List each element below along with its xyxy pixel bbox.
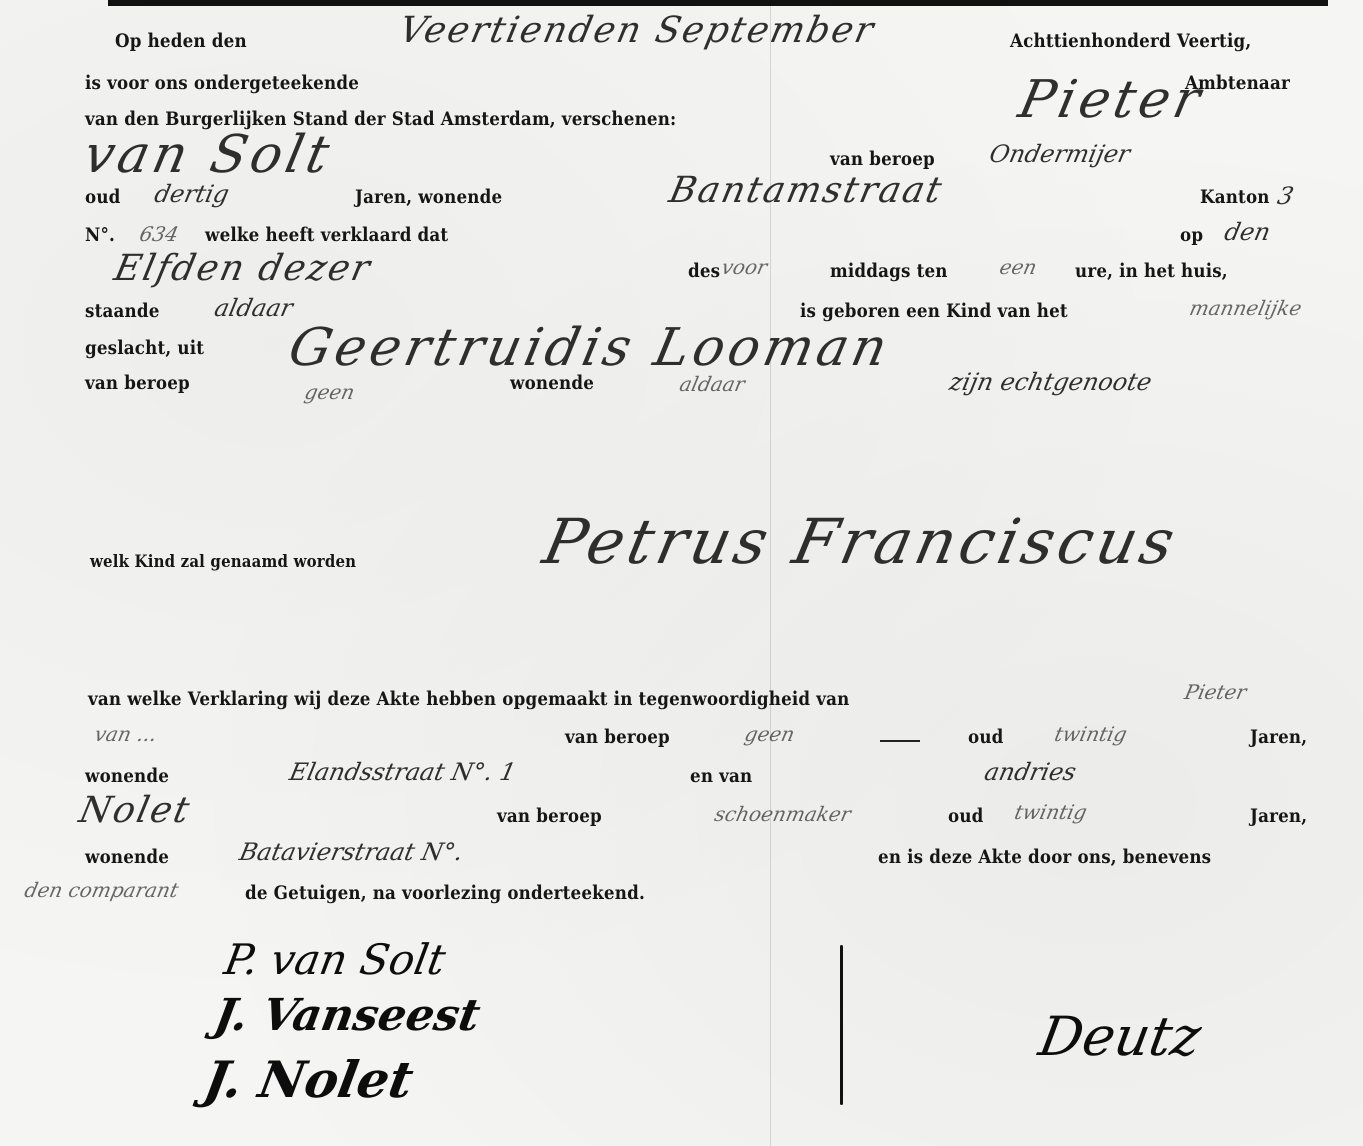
printed-op: op [1180, 224, 1203, 246]
hand-witness2-first: Nolet [76, 790, 195, 831]
hand-house-number: 634 [137, 222, 180, 246]
printed-oud-3: oud [948, 805, 984, 827]
printed-wonende-3: wonende [85, 846, 169, 868]
hand-day-ref: den [1222, 218, 1273, 246]
printed-year: Achttienhonderd Veertig, [1010, 30, 1251, 52]
hand-declarant-age: dertig [152, 180, 232, 208]
printed-staande: staande [85, 300, 160, 322]
hand-canton: 3 [1275, 182, 1296, 210]
hand-time-of-day: voor [719, 255, 769, 279]
printed-van-beroep-3: van beroep [565, 726, 670, 748]
hand-witness1-occupation: geen [742, 722, 796, 746]
printed-van-beroep-4: van beroep [497, 805, 602, 827]
printed-des: des [688, 260, 720, 282]
hand-witness2-address: Batavierstraat N°. [237, 838, 466, 866]
top-border-rule [108, 0, 1328, 6]
hand-declarant-last: van Solt [79, 125, 339, 185]
hand-witness1-address: Elandsstraat N°. 1 [287, 758, 518, 786]
printed-jaren-3: Jaren, [1250, 805, 1307, 827]
printed-akte-door-ons: en is deze Akte door ons, benevens [878, 846, 1211, 868]
signature-witness2: J. Nolet [200, 1050, 418, 1109]
printed-ondergeteekende: is voor ons ondergeteekende [85, 72, 359, 94]
civil-record-page: Op heden den Veertienden September Achtt… [0, 0, 1363, 1146]
hand-house-ref: aldaar [212, 294, 295, 322]
hand-sex: mannelijke [1187, 296, 1304, 320]
printed-op-heden-den: Op heden den [115, 30, 247, 52]
signature-official: Deutz [1034, 1005, 1205, 1068]
printed-verklaard-dat: welke heeft verklaard dat [205, 224, 448, 246]
hand-comparant-note: den comparant [22, 878, 180, 902]
signature-declarant: P. van Solt [221, 935, 450, 984]
printed-van-beroep-1: van beroep [830, 148, 935, 170]
hand-declarant-address: Bantamstraat [666, 170, 947, 211]
printed-wonende-1: wonende [510, 372, 594, 394]
printed-oud-2: oud [968, 726, 1004, 748]
hand-witness1-first: Pieter [1182, 680, 1248, 704]
printed-van-beroep-2: van beroep [85, 372, 190, 394]
printed-middags-ten: middags ten [830, 260, 948, 282]
hand-hour: een [997, 255, 1039, 279]
hand-mother-name: Geertruidis Looman [284, 318, 897, 378]
printed-en-van: en van [690, 765, 752, 787]
printed-tegenwoordigheid: van welke Verklaring wij deze Akte hebbe… [88, 688, 850, 710]
hand-witness2-prefix: andries [982, 758, 1079, 786]
printed-onderteekend: de Getuigen, na voorlezing onderteekend. [245, 882, 645, 904]
printed-kanton: Kanton [1200, 186, 1270, 208]
printed-genaamd-worden: welk Kind zal genaamd worden [90, 552, 356, 572]
hand-mother-residence: aldaar [677, 372, 747, 396]
hand-date: Veertienden September [396, 10, 879, 51]
printed-jaren-wonende: Jaren, wonende [355, 186, 502, 208]
blank-dash [880, 740, 920, 742]
printed-wonende-2: wonende [85, 765, 169, 787]
hand-witness2-occupation: schoenmaker [712, 802, 853, 826]
printed-ure-huis: ure, in het huis, [1075, 260, 1228, 282]
hand-witness1-age: twintig [1052, 722, 1129, 746]
hand-mother-occupation: geen [302, 380, 356, 404]
signature-witness1: J. Vanseest [211, 990, 484, 1041]
printed-geslacht-uit: geslacht, uit [85, 337, 204, 359]
signature-brace [840, 945, 843, 1105]
hand-birth-day: Elfden dezer [111, 248, 376, 289]
hand-declarant-first: Pieter [1014, 70, 1210, 130]
hand-child-name: Petrus Franciscus [537, 505, 1185, 578]
printed-jaren-2: Jaren, [1250, 726, 1307, 748]
printed-oud: oud [85, 186, 121, 208]
hand-mother-note: zijn echtgenoote [947, 368, 1154, 396]
hand-witness2-age: twintig [1012, 800, 1089, 824]
printed-no: N°. [85, 224, 115, 246]
hand-declarant-occupation: Ondermijer [987, 140, 1133, 168]
hand-witness1-last: van ... [92, 722, 159, 746]
